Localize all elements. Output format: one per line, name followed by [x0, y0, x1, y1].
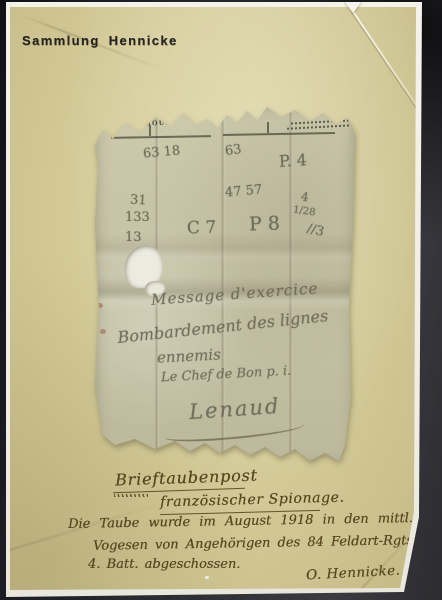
small-print-line [287, 124, 353, 129]
pencil-figure: 1/28 [292, 204, 316, 218]
printed-rule [223, 132, 335, 135]
pencil-figure: 63 18 [142, 143, 180, 161]
scratch-line [351, 9, 441, 141]
pigeon-message-note: JOUR 63 18 63 P. 4 31 47 57 4 133 C 7 P … [95, 105, 355, 467]
pencil-figure: 13 [125, 230, 142, 245]
caption-body-line3: 4. Batt. abgeschossen. [88, 557, 240, 572]
caption-squiggle [114, 494, 148, 497]
caption-title-line2: französischer Spionage. [160, 490, 345, 511]
pencil-figure: C 7 [187, 217, 217, 238]
pencil-figure: P. 4 [279, 150, 308, 170]
paper-speck [205, 576, 209, 579]
caption-body-line2: Vogesen von Angehörigen des 84 Feldart-R… [93, 533, 417, 554]
caption-title-line1: Brieftaubenpost [115, 466, 258, 490]
pencil-figure: 63 [224, 142, 242, 159]
caption-body-line1: Die Taube wurde im August 1918 in den mi… [68, 511, 413, 532]
note-paper: JOUR 63 18 63 P. 4 31 47 57 4 133 C 7 P … [95, 105, 355, 467]
caption-signature: O. Hennicke. [306, 563, 401, 584]
note-handwriting-line: Le Chef de Bon p. i. [161, 364, 292, 386]
printed-rule-tick [267, 122, 269, 133]
pencil-figure: P 8 [249, 212, 281, 235]
note-handwriting-line: ennemis [157, 345, 222, 366]
note-signature: Lenaud [188, 394, 281, 424]
pencil-figure: 31 [130, 193, 147, 209]
album-page: Sammlung Hennicke [10, 7, 416, 590]
photo-backdrop: Sammlung Hennicke [0, 0, 442, 600]
printed-rule [111, 135, 211, 138]
torn-corner-notch [344, 1, 362, 13]
pencil-figure: 4 [300, 189, 310, 204]
signature-flourish [165, 418, 306, 444]
pencil-figure: 47 57 [224, 182, 262, 200]
pencil-figure: 133 [125, 210, 150, 225]
rust-spot [100, 329, 106, 334]
rust-spot [97, 303, 103, 308]
printed-word-jour: JOUR [147, 119, 172, 128]
archive-photo: Sammlung Hennicke [6, 2, 422, 597]
collection-stamp: Sammlung Hennicke [22, 33, 178, 48]
small-print-line [291, 119, 349, 124]
